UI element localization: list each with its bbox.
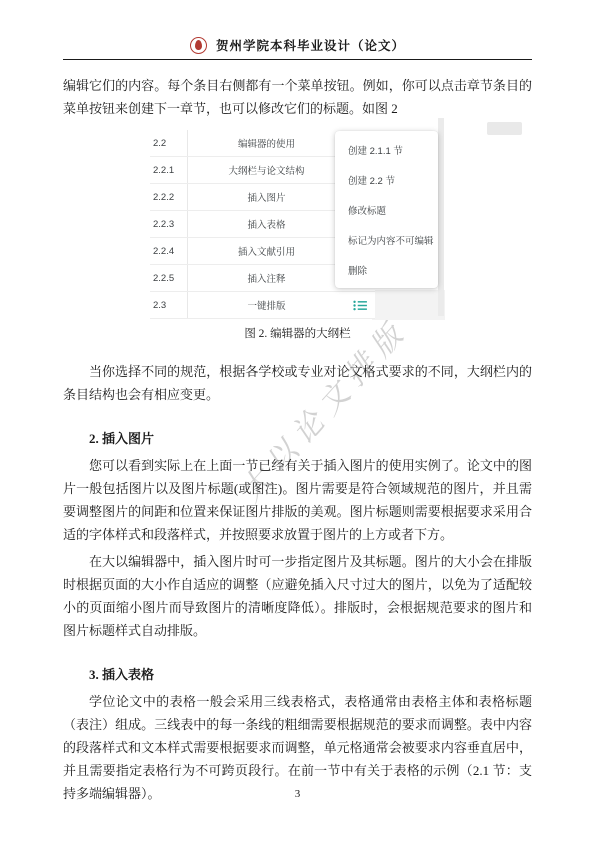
section-heading-insert-image: 2. 插入图片 (63, 427, 532, 450)
menu-item: 删除 (348, 255, 438, 285)
menu-item: 创建 2.1.1 节 (348, 135, 438, 165)
figure-2: 2.2 编辑器的使用 2.2.1 大纲栏与论文结构 2.2.2 插入图片 (63, 130, 532, 344)
toolbar-fragment (487, 122, 522, 135)
outline-number: 2.2.2 (150, 184, 187, 210)
paragraph: 您可以看到实际上在上面一节已经有关于插入图片的使用实例了。论文中的图片一般包括图… (63, 454, 532, 546)
outline-title: 插入图片 (187, 184, 345, 210)
outline-title: 插入表格 (187, 211, 345, 237)
list-menu-icon (345, 292, 375, 318)
outline-title: 插入注释 (187, 265, 345, 291)
canvas-fragment (372, 290, 445, 320)
outline-number: 2.2.5 (150, 265, 187, 291)
menu-item: 修改标题 (348, 195, 438, 225)
outline-number: 2.2.3 (150, 211, 187, 237)
page-header: 贺州学院本科毕业设计（论文） (63, 36, 532, 60)
document-page: 大以论文排版 贺州学院本科毕业设计（论文） 编辑它们的内容。每个条目右侧都有一个… (0, 0, 595, 842)
figure-screenshot: 2.2 编辑器的使用 2.2.1 大纲栏与论文结构 2.2.2 插入图片 (150, 130, 460, 322)
paragraph: 在大以编辑器中，插入图片时可一步指定图片及其标题。图片的大小会在排版时根据页面的… (63, 550, 532, 642)
outline-number: 2.2 (150, 130, 187, 156)
header-title: 贺州学院本科毕业设计（论文） (216, 36, 405, 54)
intro-paragraph: 编辑它们的内容。每个条目右侧都有一个菜单按钮。例如，你可以点击章节条目的菜单按钮… (63, 74, 532, 120)
outline-title: 大纲栏与论文结构 (187, 157, 345, 183)
outline-title: 编辑器的使用 (187, 130, 345, 156)
page-content: 贺州学院本科毕业设计（论文） 编辑它们的内容。每个条目右侧都有一个菜单按钮。例如… (63, 0, 532, 805)
menu-item: 标记为内容不可编辑 (348, 225, 438, 255)
outline-title: 插入文献引用 (187, 238, 345, 264)
outline-row: 2.3 一键排版 (150, 292, 375, 319)
figure-caption: 图 2. 编辑器的大纲栏 (63, 324, 532, 344)
menu-item: 创建 2.2 节 (348, 165, 438, 195)
section-heading-insert-table: 3. 插入表格 (63, 663, 532, 686)
context-menu: 创建 2.1.1 节 创建 2.2 节 修改标题 标记为内容不可编辑 删除 (335, 131, 438, 288)
panel-edge-strip (438, 118, 444, 316)
outline-number: 2.2.4 (150, 238, 187, 264)
emblem-flame-icon (195, 40, 202, 50)
university-emblem-logo (190, 37, 207, 54)
outline-title: 一键排版 (187, 292, 345, 318)
page-number: 3 (0, 788, 595, 800)
outline-number: 2.2.1 (150, 157, 187, 183)
paragraph: 当你选择不同的规范，根据各学校或专业对论文格式要求的不同，大纲栏内的条目结构也会… (63, 360, 532, 406)
outline-number: 2.3 (150, 292, 187, 318)
